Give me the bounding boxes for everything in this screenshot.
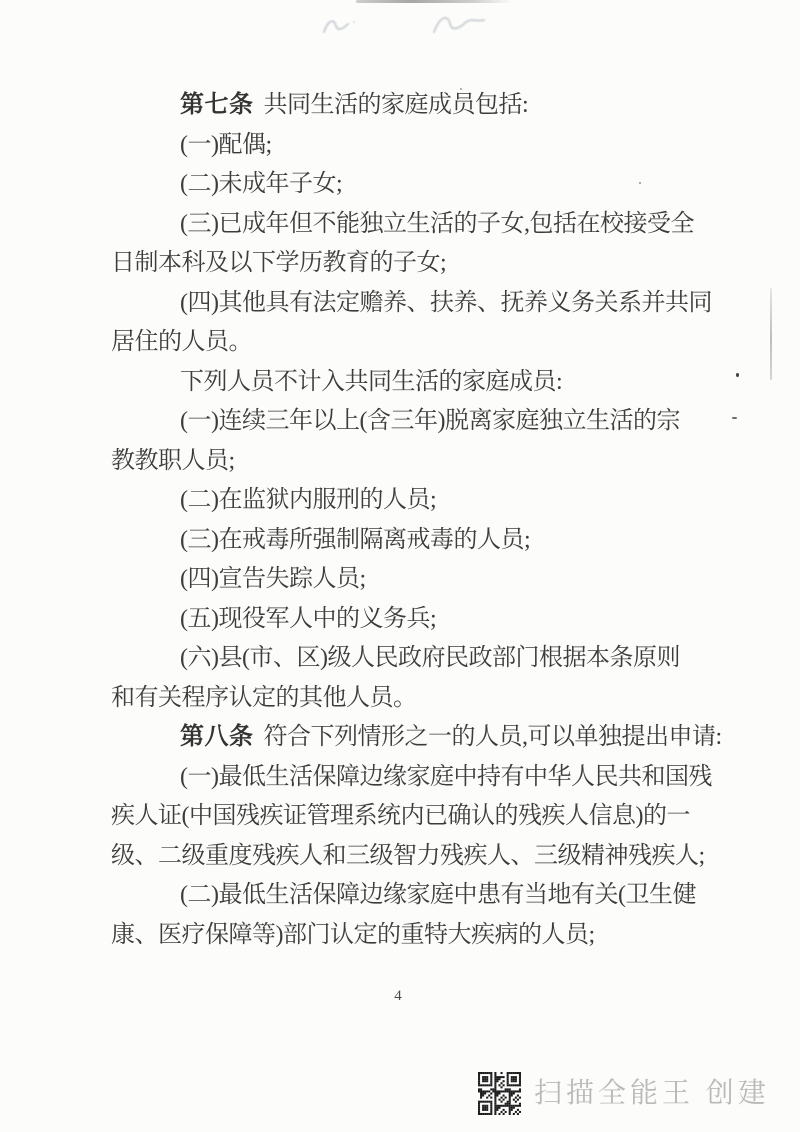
article-7-number: 第七条: [180, 92, 254, 118]
document-line: 教教职人员;: [111, 442, 697, 482]
article-7-heading: 第七条共同生活的家庭成员包括:: [111, 86, 697, 126]
document-body: 第七条共同生活的家庭成员包括: (一)配偶; (二)未成年子女; (三)已成年但…: [111, 86, 697, 955]
article-7-text: 共同生活的家庭成员包括:: [264, 92, 529, 118]
document-line: (一)最低生活保障边缘家庭中持有中华人民共和国残: [111, 758, 697, 798]
scan-edge-artifact: [356, 0, 512, 3]
document-line: (二)在监狱内服刑的人员;: [111, 481, 697, 521]
document-line: (二)未成年子女;: [111, 165, 697, 205]
scan-speck: [460, 88, 462, 90]
scan-speck: [639, 182, 641, 184]
document-line: (一)连续三年以上(含三年)脱离家庭独立生活的宗: [111, 402, 697, 442]
page-number: 4: [0, 988, 796, 1005]
document-line: (一)配偶;: [111, 126, 697, 166]
scan-smudge: [428, 10, 492, 38]
scanned-document-page: 第七条共同生活的家庭成员包括: (一)配偶; (二)未成年子女; (三)已成年但…: [0, 0, 800, 1132]
document-line: (三)已成年但不能独立生活的子女,包括在校接受全: [111, 205, 697, 245]
scan-streak-artifact: [770, 288, 772, 380]
document-line: 级、二级重度残疾人和三级智力残疾人、三级精神残疾人;: [111, 837, 697, 877]
qr-code-icon: [477, 1072, 522, 1115]
scan-speck: [732, 417, 737, 419]
scan-speck: [736, 373, 739, 377]
document-line: (四)宣告失踪人员;: [111, 560, 697, 600]
document-line: 日制本科及以下学历教育的子女;: [111, 244, 697, 284]
article-8-heading: 第八条符合下列情形之一的人员,可以单独提出申请:: [111, 718, 697, 758]
document-line: (五)现役军人中的义务兵;: [111, 600, 697, 640]
document-line: 和有关程序认定的其他人员。: [111, 679, 697, 719]
camscanner-watermark: 扫描全能王 创建: [477, 1070, 770, 1116]
document-line: (四)其他具有法定赡养、扶养、抚养义务关系并共同: [111, 284, 697, 324]
document-line: (二)最低生活保障边缘家庭中患有当地有关(卫生健: [111, 876, 697, 916]
document-line: 居住的人员。: [111, 323, 697, 363]
scan-speck: [258, 133, 260, 135]
document-line: 下列人员不计入共同生活的家庭成员:: [111, 363, 697, 403]
document-line: (三)在戒毒所强制隔离戒毒的人员;: [111, 521, 697, 561]
document-line: 疾人证(中国残疾证管理系统内已确认的残疾人信息)的一: [111, 797, 697, 837]
article-8-text: 符合下列情形之一的人员,可以单独提出申请:: [264, 724, 722, 750]
watermark-text: 扫描全能王 创建: [534, 1070, 770, 1116]
scan-smudge: [318, 12, 374, 38]
article-8-number: 第八条: [180, 724, 254, 750]
document-line: 康、医疗保障等)部门认定的重特大疾病的人员;: [111, 916, 697, 956]
document-line: (六)县(市、区)级人民政府民政部门根据本条原则: [111, 639, 697, 679]
